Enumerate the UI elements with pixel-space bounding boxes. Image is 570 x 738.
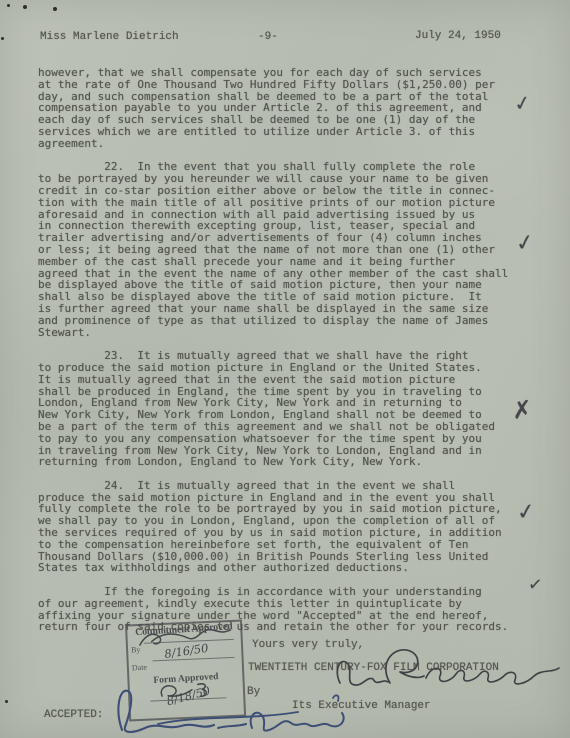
paragraph-23-travel: 23. It is mutually agreed that we shall … xyxy=(38,350,508,468)
executive-signature xyxy=(328,643,563,698)
paper-speck xyxy=(23,5,27,9)
pencil-check-mark: ✓ xyxy=(527,576,543,594)
paragraph-24-england-payment: 24. It is mutually agreed that in the ev… xyxy=(38,480,508,574)
pencil-check-mark: ✓ xyxy=(516,501,537,525)
paper-speck xyxy=(1,37,4,40)
pencil-check-mark: ✓ xyxy=(512,92,532,115)
paper-speck xyxy=(53,7,57,11)
paper-speck xyxy=(7,4,10,7)
paper-speck xyxy=(5,700,8,703)
paragraph-compensation-per-day: however, that we shall compensate you fo… xyxy=(38,67,508,150)
paragraph-acceptance-instructions: If the foregoing is in accordance with y… xyxy=(38,586,508,633)
stamp-date-label: Date xyxy=(132,663,147,673)
pencil-check-mark: ✓ xyxy=(514,232,536,257)
letter-body: however, that we shall compensate you fo… xyxy=(38,67,508,645)
addressee: Miss Marlene Dietrich xyxy=(40,32,179,44)
letter-date: July 24, 1950 xyxy=(415,31,501,43)
page-number: -9- xyxy=(258,32,278,44)
pencil-x-mark: ✗ xyxy=(511,397,534,423)
paragraph-22-screen-credit: 22. In the event that you shall fully co… xyxy=(38,161,508,338)
scanned-letter-page: Miss Marlene Dietrich -9- July 24, 1950 … xyxy=(0,0,570,738)
accepted-label: ACCEPTED: xyxy=(44,710,103,722)
approval-signature xyxy=(135,623,236,651)
accepted-signature xyxy=(100,678,358,738)
